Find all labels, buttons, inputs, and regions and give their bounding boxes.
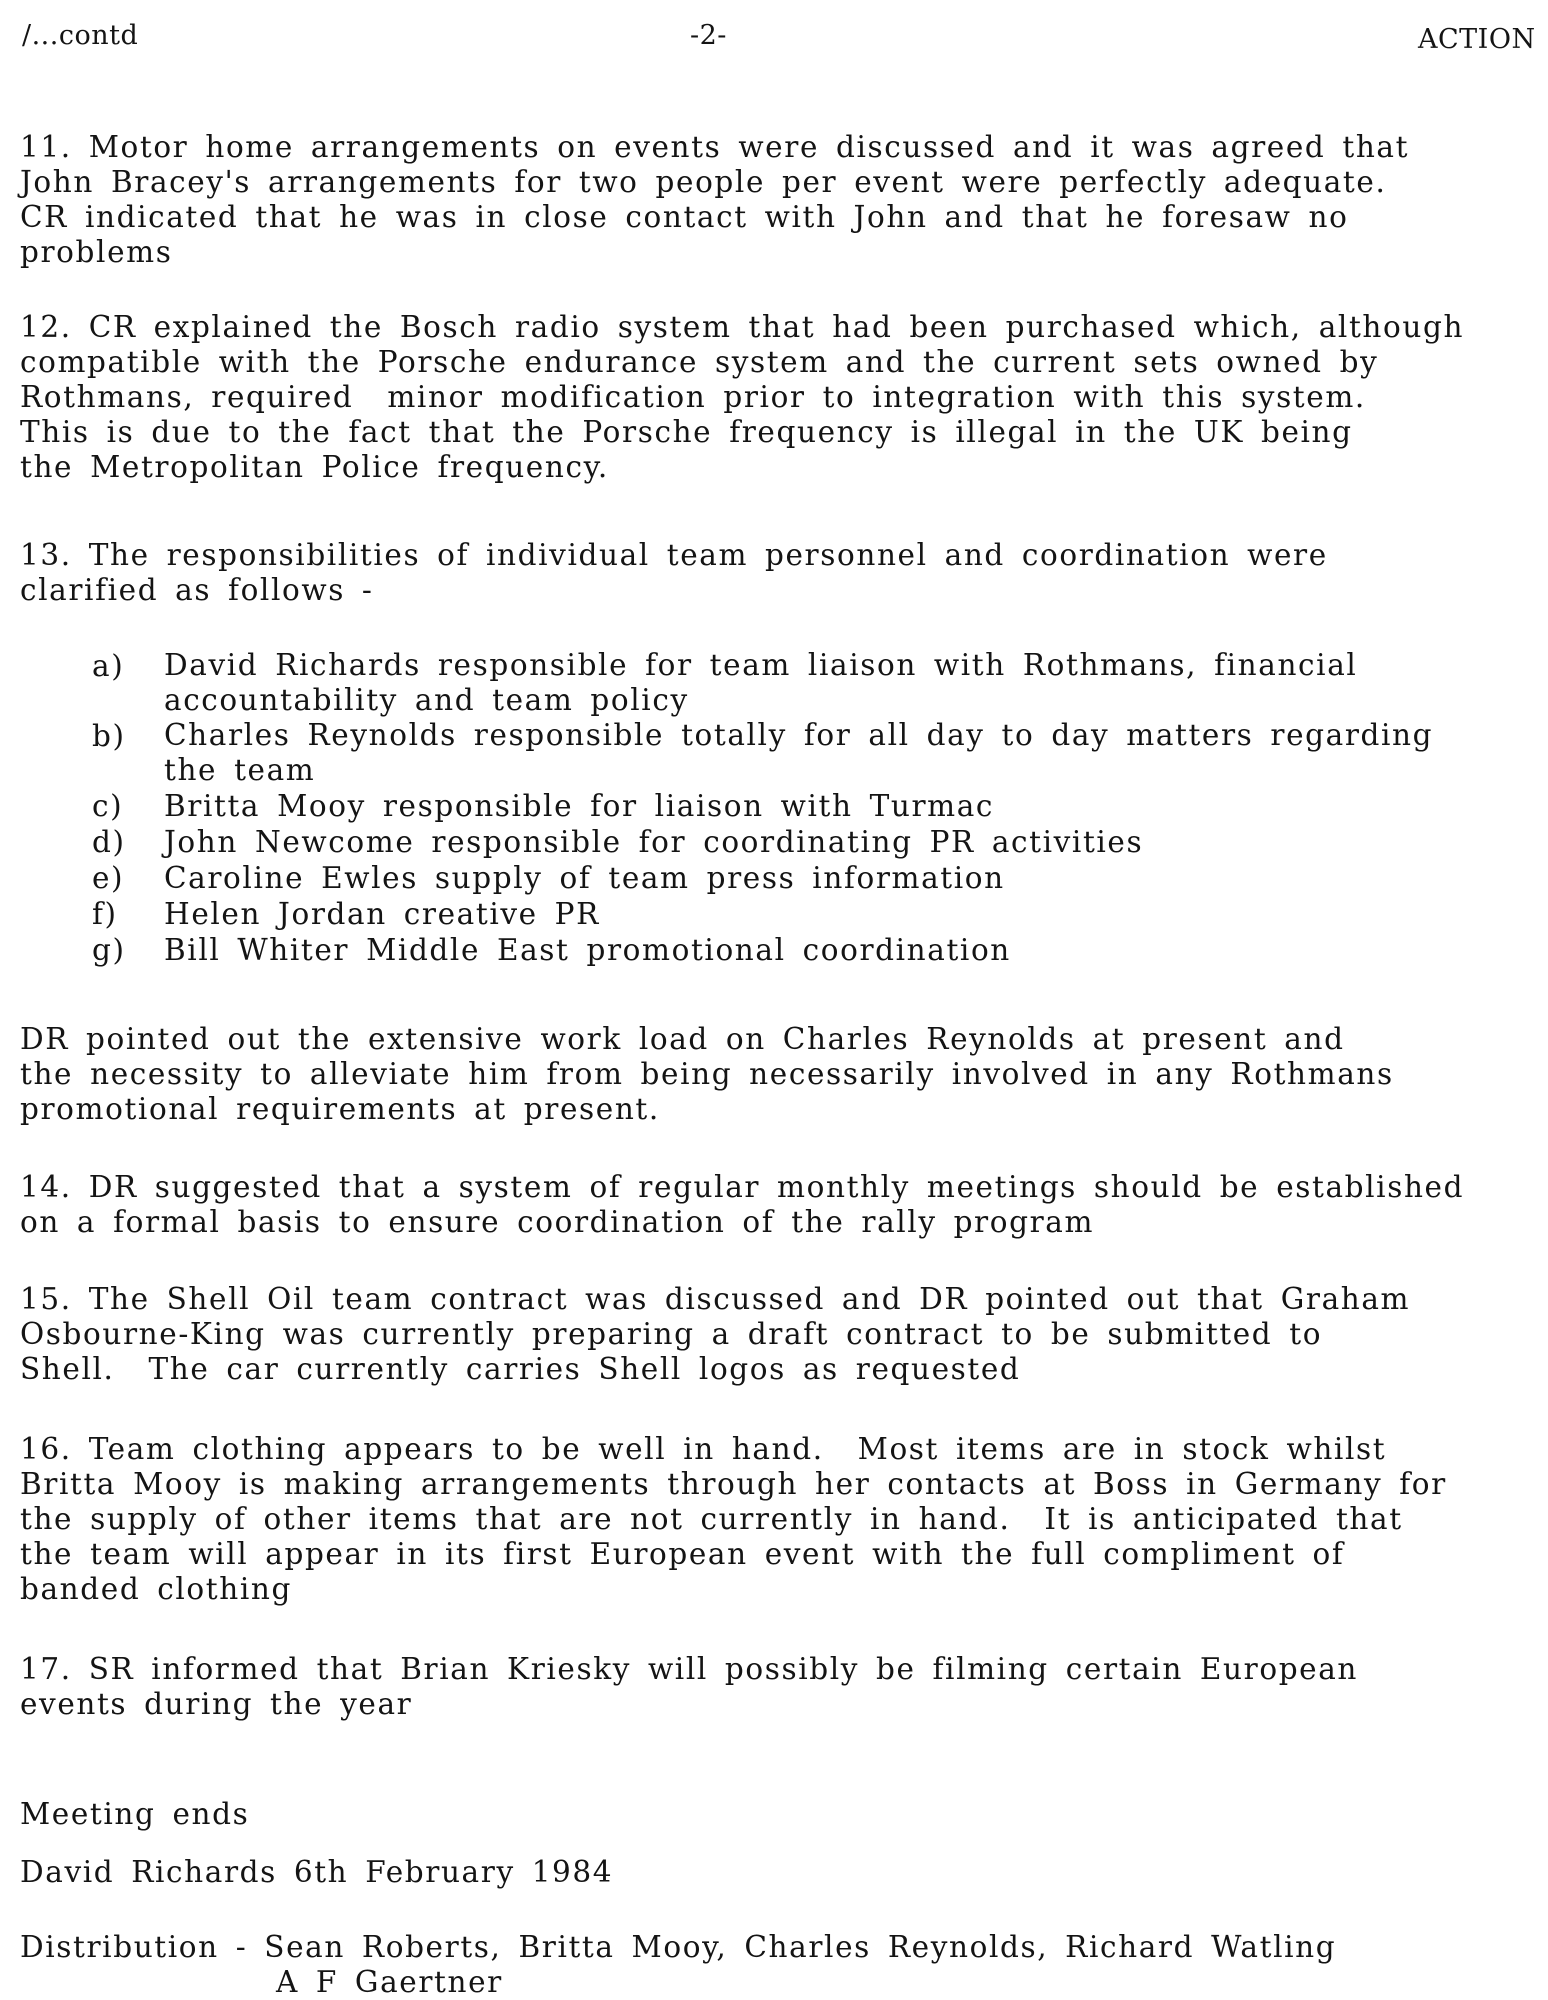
text-line: A F Gaertner bbox=[276, 1965, 1440, 2000]
text-line: 11. Motor home arrangements on events we… bbox=[20, 130, 1440, 165]
text-line: David Richards responsible for team liai… bbox=[164, 648, 1433, 683]
item-14: 14. DR suggested that a system of regula… bbox=[20, 1170, 1440, 1240]
text-line: Britta Mooy responsible for liaison with… bbox=[164, 788, 1433, 824]
text-line: 17. SR informed that Brian Kriesky will … bbox=[20, 1652, 1440, 1687]
text-line: 14. DR suggested that a system of regula… bbox=[20, 1170, 1440, 1205]
text-line: compatible with the Porsche endurance sy… bbox=[20, 345, 1440, 380]
item-12: 12. CR explained the Bosch radio system … bbox=[20, 310, 1440, 485]
list-label: f) bbox=[92, 896, 152, 932]
list-item: g) Bill Whiter Middle East promotional c… bbox=[92, 932, 1433, 968]
text-line: Meeting ends bbox=[20, 1797, 1440, 1832]
text-line: on a formal basis to ensure coordination… bbox=[20, 1205, 1440, 1240]
text-line: Britta Mooy is making arrangements throu… bbox=[20, 1467, 1440, 1502]
text-line: the necessity to alleviate him from bein… bbox=[20, 1057, 1440, 1092]
continued-marker: /...contd bbox=[22, 20, 138, 51]
item-17: 17. SR informed that Brian Kriesky will … bbox=[20, 1652, 1440, 1722]
text-line: Helen Jordan creative PR bbox=[164, 896, 1433, 932]
distribution-list: Distribution - Sean Roberts, Britta Mooy… bbox=[20, 1930, 1440, 2000]
text-line: problems bbox=[20, 235, 1440, 270]
text-line: the supply of other items that are not c… bbox=[20, 1502, 1440, 1537]
text-line: Charles Reynolds responsible totally for… bbox=[164, 718, 1433, 753]
text-line: the Metropolitan Police frequency. bbox=[20, 450, 1440, 485]
text-line: Distribution - Sean Roberts, Britta Mooy… bbox=[20, 1930, 1440, 1965]
text-line: the team bbox=[164, 753, 1433, 788]
list-label: c) bbox=[92, 788, 152, 824]
list-item: f) Helen Jordan creative PR bbox=[92, 896, 1433, 932]
text-line: This is due to the fact that the Porsche… bbox=[20, 415, 1440, 450]
meeting-ends: Meeting ends bbox=[20, 1797, 1440, 1832]
page-number: -2- bbox=[690, 20, 727, 51]
text-line: clarified as follows - bbox=[20, 573, 1440, 608]
text-line: David Richards 6th February 1984 bbox=[20, 1855, 1440, 1890]
list-label: a) bbox=[92, 648, 152, 684]
list-item: b) Charles Reynolds responsible totally … bbox=[92, 718, 1433, 788]
list-label: g) bbox=[92, 932, 152, 968]
text-line: Bill Whiter Middle East promotional coor… bbox=[164, 932, 1433, 968]
item-15: 15. The Shell Oil team contract was disc… bbox=[20, 1282, 1440, 1387]
text-line: Rothmans, required minor modification pr… bbox=[20, 380, 1440, 415]
list-label: e) bbox=[92, 860, 152, 896]
action-column-heading: ACTION bbox=[1418, 24, 1536, 55]
list-label: d) bbox=[92, 824, 152, 860]
item-16: 16. Team clothing appears to be well in … bbox=[20, 1432, 1440, 1607]
item-13-note: DR pointed out the extensive work load o… bbox=[20, 1022, 1440, 1127]
text-line: 15. The Shell Oil team contract was disc… bbox=[20, 1282, 1440, 1317]
item-11: 11. Motor home arrangements on events we… bbox=[20, 130, 1440, 270]
signature-line: David Richards 6th February 1984 bbox=[20, 1855, 1440, 1890]
text-line: CR indicated that he was in close contac… bbox=[20, 200, 1440, 235]
list-label: b) bbox=[92, 718, 152, 754]
text-line: accountability and team policy bbox=[164, 683, 1433, 718]
list-item: d) John Newcome responsible for coordina… bbox=[92, 824, 1433, 860]
text-line: Shell. The car currently carries Shell l… bbox=[20, 1352, 1440, 1387]
text-line: 12. CR explained the Bosch radio system … bbox=[20, 310, 1440, 345]
text-line: John Bracey's arrangements for two peopl… bbox=[20, 165, 1440, 200]
text-line: banded clothing bbox=[20, 1572, 1440, 1607]
item-13: 13. The responsibilities of individual t… bbox=[20, 538, 1440, 608]
text-line: promotional requirements at present. bbox=[20, 1092, 1440, 1127]
list-item: a) David Richards responsible for team l… bbox=[92, 648, 1433, 718]
responsibilities-list: a) David Richards responsible for team l… bbox=[92, 648, 1433, 968]
text-line: DR pointed out the extensive work load o… bbox=[20, 1022, 1440, 1057]
list-item: c) Britta Mooy responsible for liaison w… bbox=[92, 788, 1433, 824]
list-item: e) Caroline Ewles supply of team press i… bbox=[92, 860, 1433, 896]
text-line: Caroline Ewles supply of team press info… bbox=[164, 860, 1433, 896]
text-line: the team will appear in its first Europe… bbox=[20, 1537, 1440, 1572]
text-line: events during the year bbox=[20, 1687, 1440, 1722]
text-line: 16. Team clothing appears to be well in … bbox=[20, 1432, 1440, 1467]
text-line: John Newcome responsible for coordinatin… bbox=[164, 824, 1433, 860]
text-line: 13. The responsibilities of individual t… bbox=[20, 538, 1440, 573]
text-line: Osbourne-King was currently preparing a … bbox=[20, 1317, 1440, 1352]
